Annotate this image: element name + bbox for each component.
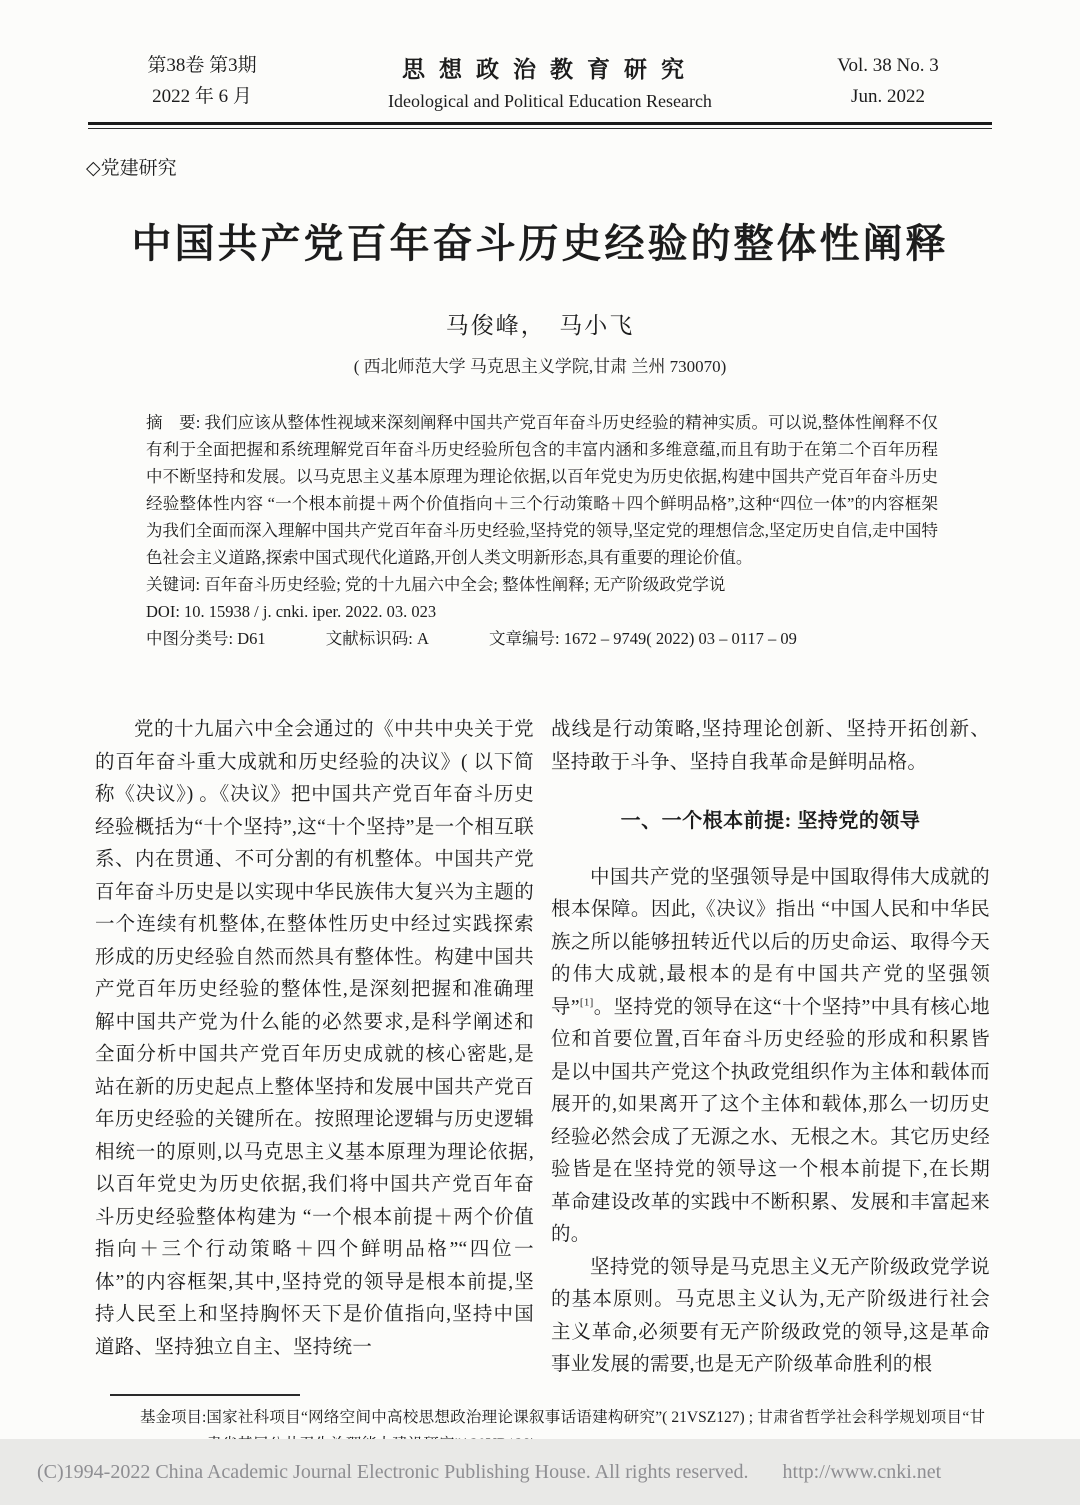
copyright-text: (C)1994-2022 China Academic Journal Elec… — [37, 1461, 749, 1484]
footnote-divider — [110, 1394, 300, 1396]
paragraph-text: 。坚持党的领导在这“十个坚持”中具有核心地位和首要位置,百年奋斗历史经验的形成和… — [551, 997, 990, 1246]
paragraph: 党的十九届六中全会通过的《中共中央关于党的百年奋斗重大成就和历史经验的决议》( … — [95, 714, 534, 1364]
keywords-text: 百年奋斗历史经验; 党的十九届六中全会; 整体性阐释; 无产阶级政党学说 — [204, 575, 725, 594]
scanned-paper-page: 第38卷 第3期 2022 年 6 月 思想政治教育研究 Ideological… — [0, 0, 1080, 1505]
cnki-url: http://www.cnki.net — [783, 1461, 942, 1484]
paragraph-continuation: 战线是行动策略,坚持理论创新、坚持开拓创新、坚持敢于斗争、坚持自我革命是鲜明品格… — [551, 714, 990, 779]
abstract-label: 摘 要: — [146, 413, 200, 432]
keywords-label: 关键词: — [146, 575, 200, 594]
clc-number: 中图分类号: D61 — [146, 629, 266, 648]
journal-volume-issue-en: Vol. 38 No. 3 Jun. 2022 — [788, 50, 988, 112]
section-heading-1: 一、一个根本前提: 坚持党的领导 — [551, 805, 990, 838]
article-id: 文章编号: 1672 – 9749( 2022) 03 – 0117 – 09 — [489, 629, 797, 648]
article-authors: 马俊峰， 马小飞 — [0, 307, 1080, 340]
volume-issue-cn: 第38卷 第3期 — [92, 50, 312, 81]
journal-header: 第38卷 第3期 2022 年 6 月 思想政治教育研究 Ideological… — [0, 0, 1080, 122]
volume-issue-en: Vol. 38 No. 3 — [788, 50, 988, 81]
article-affiliation: ( 西北师范大学 马克思主义学院,甘肃 兰州 730070) — [0, 352, 1080, 377]
abstract-block: 摘 要: 我们应该从整体性视域来深刻阐释中国共产党百年奋斗历史经验的精神实质。可… — [146, 409, 938, 652]
header-divider-rule — [88, 122, 992, 129]
body-column-right: 战线是行动策略,坚持理论创新、坚持开拓创新、坚持敢于斗争、坚持自我革命是鲜明品格… — [551, 714, 990, 1382]
article-body: 党的十九届六中全会通过的《中共中央关于党的百年奋斗重大成就和历史经验的决议》( … — [95, 714, 990, 1382]
article-title: 中国共产党百年奋斗历史经验的整体性阐释 — [0, 212, 1080, 269]
abstract-text: 我们应该从整体性视域来深刻阐释中国共产党百年奋斗历史经验的精神实质。可以说,整体… — [146, 413, 938, 567]
journal-volume-issue-cn: 第38卷 第3期 2022 年 6 月 — [92, 50, 312, 112]
body-column-left: 党的十九届六中全会通过的《中共中央关于党的百年奋斗重大成就和历史经验的决议》( … — [95, 714, 534, 1382]
paragraph: 坚持党的领导是马克思主义无产阶级政党学说的基本原则。马克思主义认为,无产阶级进行… — [551, 1252, 990, 1382]
document-code: 文献标识码: A — [326, 629, 429, 648]
doi-line: DOI: 10. 15938 / j. cnki. iper. 2022. 03… — [146, 598, 938, 625]
date-en: Jun. 2022 — [788, 81, 988, 112]
cnki-copyright-bar: (C)1994-2022 China Academic Journal Elec… — [0, 1439, 1080, 1505]
paragraph-text: 中国共产党的坚强领导是中国取得伟大成就的根本保障。因此,《决议》指出 “中国人民… — [551, 867, 990, 1018]
abstract-paragraph: 摘 要: 我们应该从整体性视域来深刻阐释中国共产党百年奋斗历史经验的精神实质。可… — [146, 409, 938, 571]
journal-name-cn: 思想政治教育研究 — [312, 51, 788, 84]
section-tag: ◇党建研究 — [86, 153, 1080, 180]
paragraph: 中国共产党的坚强领导是中国取得伟大成就的根本保障。因此,《决议》指出 “中国人民… — [551, 862, 990, 1252]
article-meta-line: 中图分类号: D61 文献标识码: A 文章编号: 1672 – 9749( 2… — [146, 625, 938, 652]
reference-marker: [1] — [580, 996, 594, 1008]
date-cn: 2022 年 6 月 — [92, 81, 312, 112]
journal-name-en: Ideological and Political Education Rese… — [312, 91, 788, 112]
keywords-line: 关键词: 百年奋斗历史经验; 党的十九届六中全会; 整体性阐释; 无产阶级政党学… — [146, 571, 938, 598]
journal-name-block: 思想政治教育研究 Ideological and Political Educa… — [312, 51, 788, 112]
